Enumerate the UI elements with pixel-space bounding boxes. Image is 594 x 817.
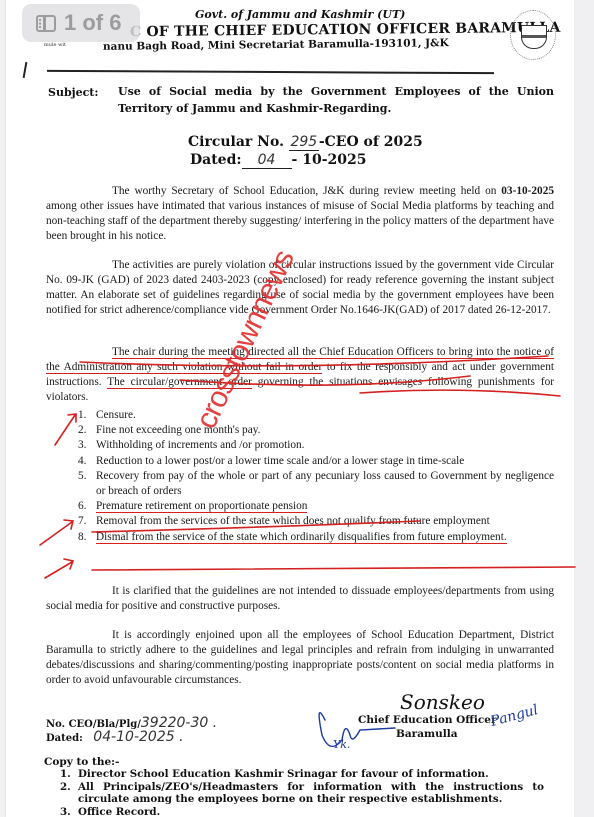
list-item: 5.Recovery from pay of the whole or part… bbox=[78, 469, 554, 499]
list-item: 2.All Principals/ZEO's/Headmasters for i… bbox=[60, 781, 544, 806]
initials-left: Yk. bbox=[333, 738, 350, 751]
list-item: 1.Director School Education Kashmir Srin… bbox=[60, 768, 544, 781]
list-item: 1.Censure. bbox=[78, 408, 554, 423]
signatory-place: Baramulla bbox=[396, 728, 458, 740]
page-indicator[interactable]: 1 of 6 bbox=[22, 4, 140, 42]
list-item: 6.Premature retirement on proportionate … bbox=[78, 499, 554, 514]
circular-day-handwritten: 04 bbox=[242, 152, 292, 169]
subject-text: Use of Social media by the Government Em… bbox=[118, 83, 554, 117]
header-small-print: mule wit bbox=[44, 42, 66, 48]
subject-label: Subject: bbox=[48, 86, 98, 99]
signatory-title: Chief Education Officer bbox=[358, 714, 497, 726]
meeting-date: 03-10-2025 bbox=[501, 185, 554, 197]
list-item: 3.Withholding of increments and /or prom… bbox=[78, 438, 554, 453]
list-item: 7.Removal from the services of the state… bbox=[78, 514, 554, 529]
viewer-gutter bbox=[574, 0, 594, 817]
paragraph-5: It is accordingly enjoined upon all the … bbox=[46, 628, 554, 688]
list-item: 2.Fine not exceeding one month's pay. bbox=[78, 423, 554, 438]
paragraph-2: The activities are purely violation of c… bbox=[46, 258, 554, 318]
circular-number-handwritten: 295 bbox=[289, 134, 319, 151]
copy-to-list: 1.Director School Education Kashmir Srin… bbox=[60, 768, 544, 817]
list-item: 4.Reduction to a lower post/or a lower t… bbox=[78, 454, 554, 469]
list-item: 3.Office Record. bbox=[60, 806, 544, 817]
paragraph-3: The chair during the meeting directed al… bbox=[46, 345, 554, 405]
ceo-signature: Sonskeo bbox=[400, 690, 485, 714]
page-count: 1 of 6 bbox=[64, 10, 121, 36]
circular-date: Dated:04- 10-2025 bbox=[190, 152, 367, 169]
copy-to-label: Copy to the:- bbox=[44, 756, 119, 768]
header-government: Govt. of Jammu and Kashmir (UT) bbox=[195, 8, 405, 21]
list-item: 8.Dismal from the service of the state w… bbox=[78, 530, 554, 545]
sidebar-toggle-icon[interactable] bbox=[36, 15, 56, 32]
paragraph-4: It is clarified that the guidelines are … bbox=[46, 584, 554, 614]
circular-number: Circular No. 295-CEO of 2025 bbox=[188, 134, 423, 151]
paragraph-1: The worthy Secretary of School Education… bbox=[46, 184, 554, 244]
reference-date: Dated: 04-10-2025 . bbox=[46, 729, 184, 745]
punishment-list: 1.Censure. 2.Fine not exceeding one mont… bbox=[78, 408, 554, 545]
state-emblem-icon bbox=[510, 10, 556, 60]
